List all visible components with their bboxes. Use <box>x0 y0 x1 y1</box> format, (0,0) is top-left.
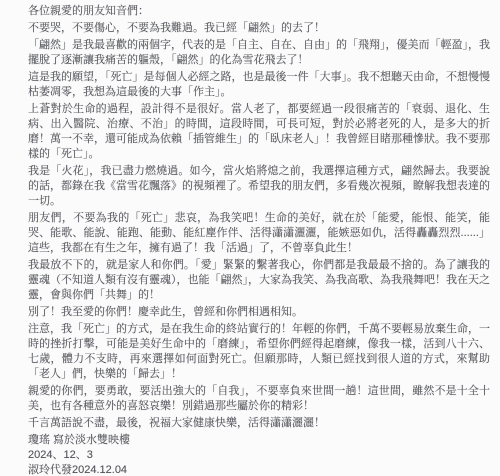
letter-paragraph: 我最放不下的，就是家人和你們。「愛」緊緊的繫著我心，你們都是我最最不捨的。為了讓… <box>28 258 490 303</box>
letter-signature-block: 瓊瑤 寫於淡水雙映樓 2024、12、3 淑玲代發2024.12.04 <box>28 433 490 476</box>
letter-paragraph: 不要哭，不要傷心，不要為我難過。我已經「翩然」的去了！ <box>28 21 490 36</box>
signature-date-line: 2024、12、3 <box>28 448 490 463</box>
signature-author-line: 瓊瑤 寫於淡水雙映樓 <box>28 433 490 448</box>
letter-paragraph: 親愛的你們，要勇敢，要活出強大的「自我」，不要辜負來世間一趟！這世間，雖然不是十… <box>28 384 490 414</box>
signature-posted-line: 淑玲代發2024.12.04 <box>28 463 490 476</box>
letter-salutation: 各位親愛的朋友知音們： <box>28 4 490 19</box>
letter-page: 各位親愛的朋友知音們： 不要哭，不要傷心，不要為我難過。我已經「翩然」的去了！ … <box>0 0 500 476</box>
letter-paragraph: 上蒼對於生命的過程，設計得不是很好。當人老了，都要經過一段很痛苦的「衰弱、退化、… <box>28 102 490 162</box>
letter-paragraph: 朋友們，不要為我的「死亡」悲哀，為我笑吧！生命的美好，就在於「能愛，能恨、能笑，… <box>28 211 490 256</box>
letter-paragraph: 「翩然」是我最喜歡的兩個字，代表的是「自主、自在、自由」的「飛翔」，優美而「輕盈… <box>28 38 490 68</box>
letter-paragraph: 千言萬語說不盡，最後，祝福大家健康快樂，活得瀟瀟灑灑！ <box>28 416 490 431</box>
letter-paragraph: 注意，我「死亡」的方式，是在我生命的終站實行的！年輕的你們，千萬不要輕易放棄生命… <box>28 322 490 382</box>
letter-paragraph: 我是「火花」，我已盡力燃燒過。如今，當火焰將熄之前，我選擇這種方式，翩然歸去。我… <box>28 164 490 209</box>
farewell-letter: 各位親愛的朋友知音們： 不要哭，不要傷心，不要為我難過。我已經「翩然」的去了！ … <box>28 4 490 476</box>
letter-paragraph: 別了！我至愛的你們！慶幸此生，曾經和你們相遇相知。 <box>28 305 490 320</box>
letter-paragraph: 這是我的願望，「死亡」是每個人必經之路，也是最後一件「大事」。我不想聽天由命，不… <box>28 70 490 100</box>
